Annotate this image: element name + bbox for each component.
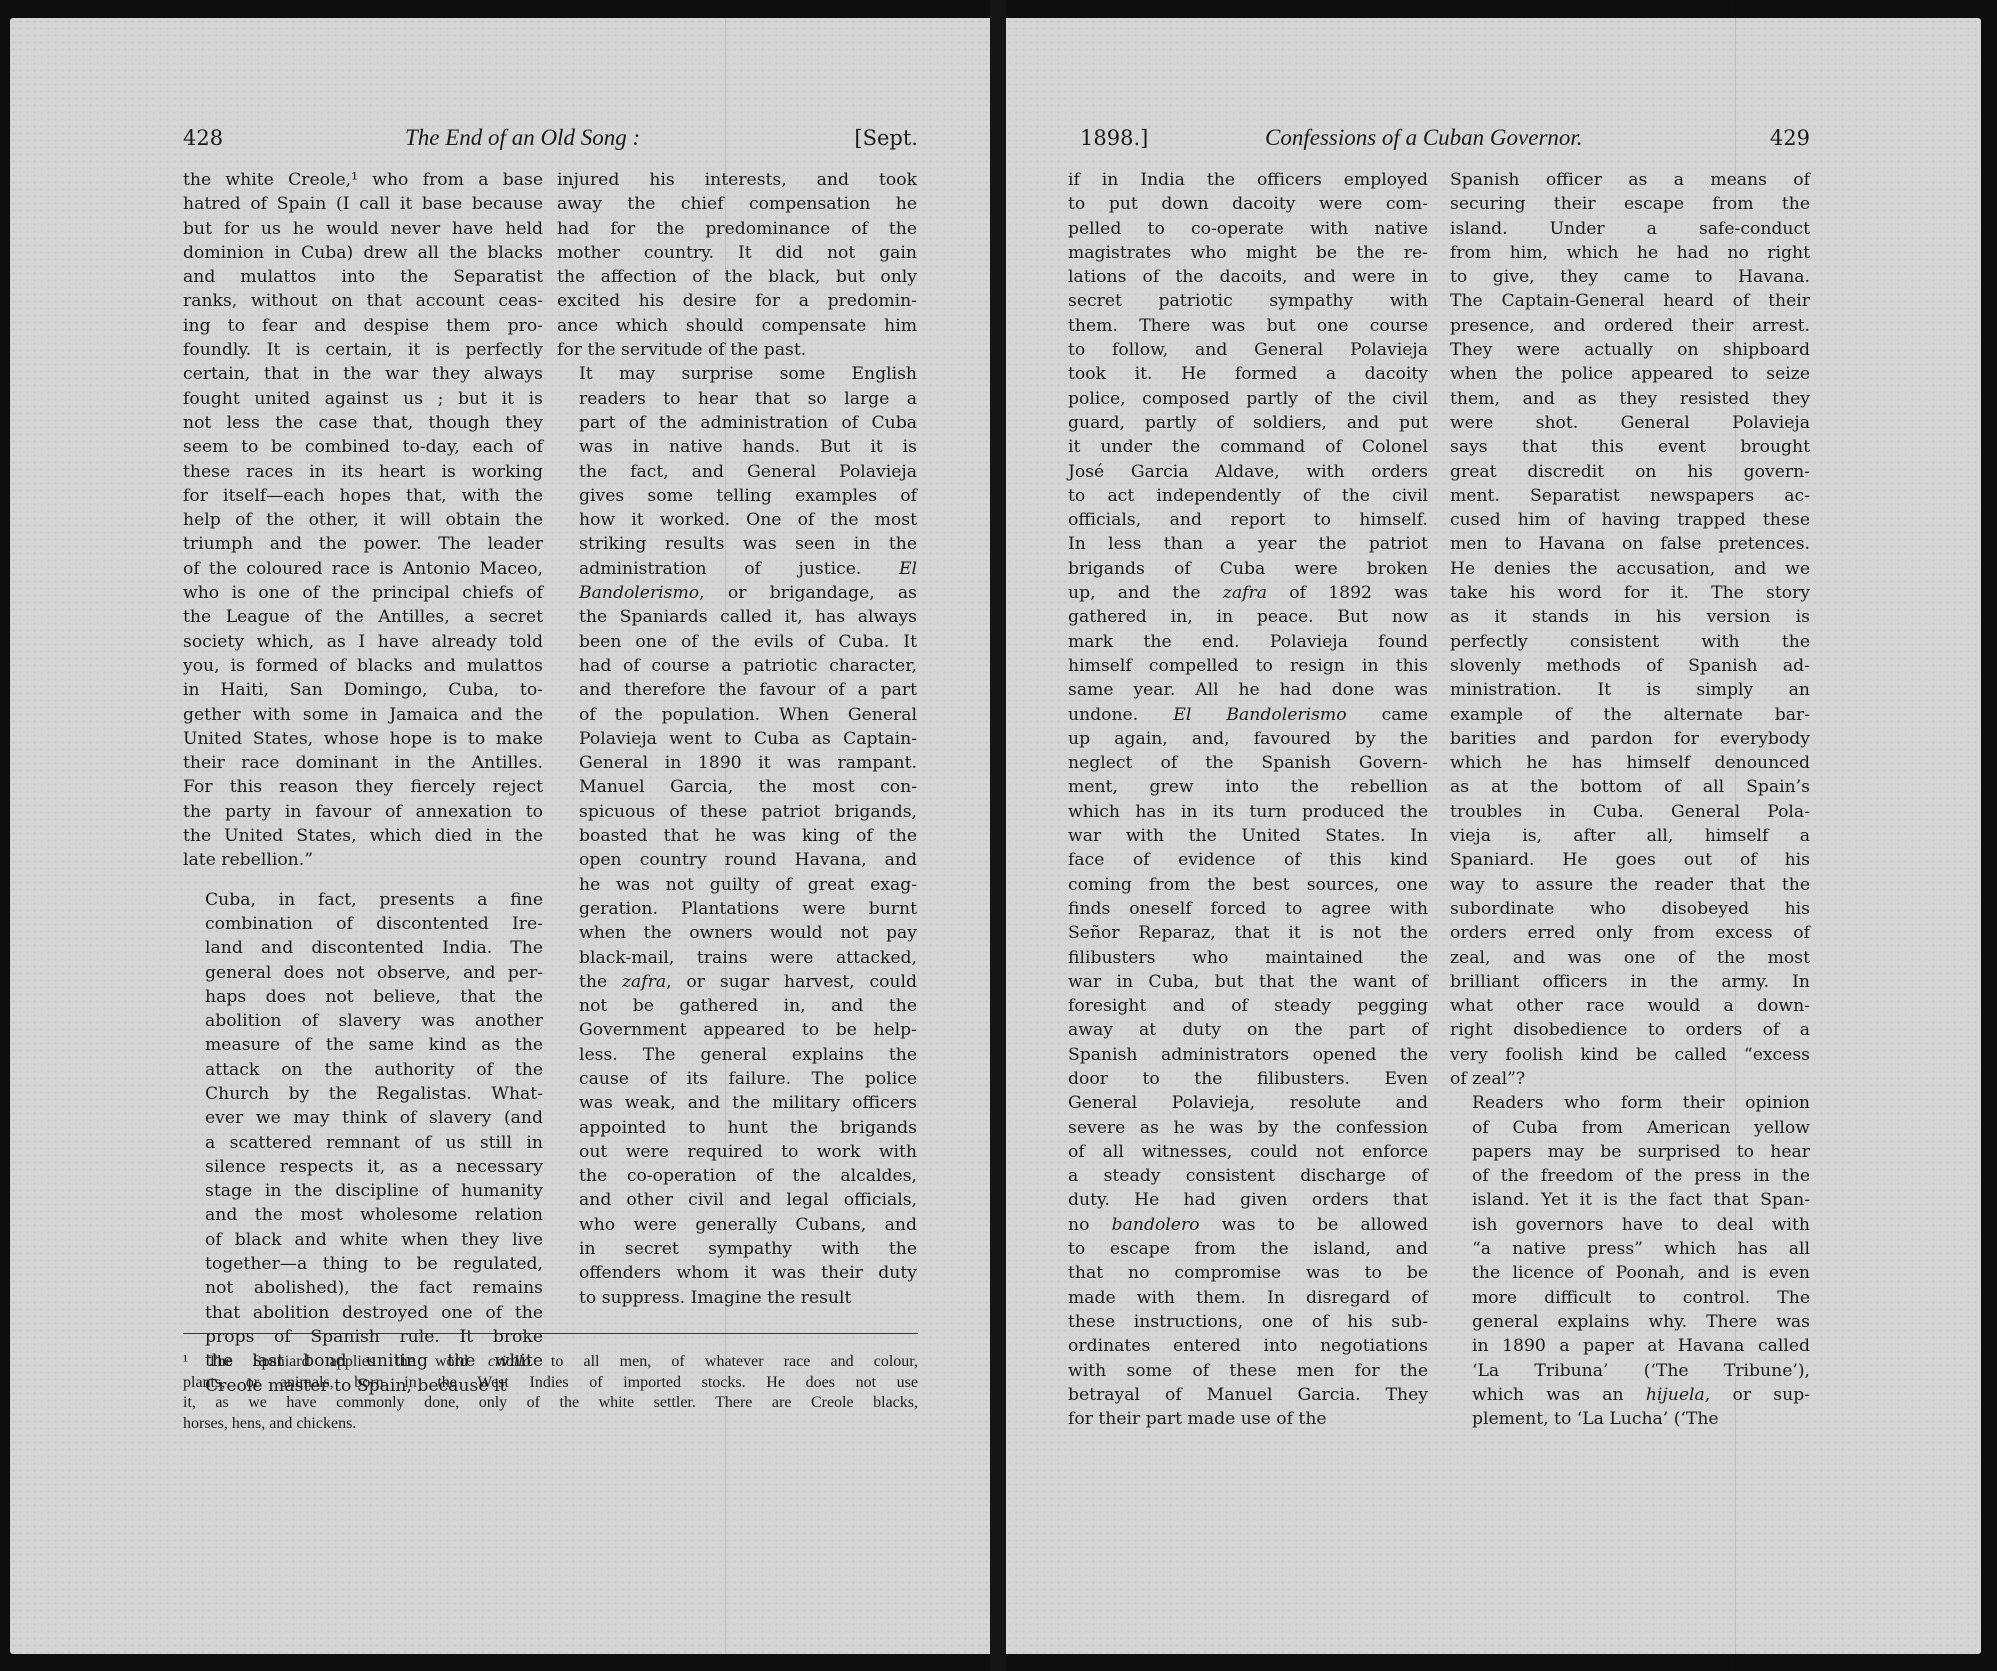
text-line: plement, to ‘La Lucha’ (‘The [1450,1407,1810,1431]
text-line: of zeal”? [1450,1067,1810,1091]
text-line: a steady consistent discharge of [1068,1164,1428,1188]
paragraph: injured his interests, and tookaway the … [557,168,917,362]
text-line: “a native press” which has all [1450,1237,1810,1261]
text-line: of the freedom of the press in the [1450,1164,1810,1188]
text-line: ever we may think of slavery (and [183,1106,543,1130]
running-title-left: The End of an Old Song : [405,123,640,153]
text-line: certain, that in the war they always [183,362,543,386]
text-line: how it worked. One of the most [557,508,917,532]
text-line: gether with some in Jamaica and the [183,703,543,727]
text-line: They were actually on shipboard [1450,338,1810,362]
text-line: mother country. It did not gain [557,241,917,265]
text-line: their race dominant in the Antilles. [183,751,543,775]
text-line: hatred of Spain (I call it base because [183,192,543,216]
text-line: when the owners would not pay [557,921,917,945]
text-line: ing to fear and despise them pro- [183,314,543,338]
footnote: ¹ The Spaniard applies the word criollo … [183,1352,918,1434]
text-line: Cuba, in fact, presents a fine [183,888,543,912]
text-line: them, and as they resisted they [1450,387,1810,411]
text-line: late rebellion.” [183,848,543,872]
book-gutter [990,0,1006,1671]
text-line: dominion in Cuba) drew all the blacks [183,241,543,265]
text-line: a scattered remnant of us still in [183,1131,543,1155]
text-line: triumph and the power. The leader [183,532,543,556]
text-line: General in 1890 it was rampant. [557,751,917,775]
text-line: to act independently of the civil [1068,484,1428,508]
text-line: if in India the officers employed [1068,168,1428,192]
text-line: fought united against us ; but it is [183,387,543,411]
text-line: land and discontented India. The [183,936,543,960]
text-line: lations of the dacoits, and were in [1068,265,1428,289]
column-1: the white Creole,¹ who from a basehatred… [183,168,543,1398]
text-line: out were required to work with [557,1140,917,1164]
text-line: black-mail, trains were attacked, [557,946,917,970]
text-line: with some of these men for the [1068,1359,1428,1383]
text-line: away the chief compensation he [557,192,917,216]
text-line: officials, and report to himself. [1068,508,1428,532]
text-line: in Haiti, San Domingo, Cuba, to- [183,678,543,702]
text-line: ish governors have to deal with [1450,1213,1810,1237]
column-4: Spanish officer as a means ofsecuring th… [1450,168,1810,1431]
text-line: as it stands in his version is [1450,605,1810,629]
text-line: was in native hands. But it is [557,435,917,459]
text-line: had of course a patriotic character, [557,654,917,678]
running-title-right: Confessions of a Cuban Governor. [1265,123,1583,153]
text-line: these instructions, one of his sub- [1068,1310,1428,1334]
paragraph: Cuba, in fact, presents a finecombinatio… [183,888,543,1398]
text-line: took it. He formed a dacoity [1068,362,1428,386]
text-line: Government appeared to be help- [557,1018,917,1042]
text-line: himself compelled to resign in this [1068,654,1428,678]
text-line: Manuel Garcia, the most con- [557,775,917,799]
running-date-right: 1898.] [1080,123,1148,153]
text-line: to give, they came to Havana. [1450,265,1810,289]
text-line: For this reason they fiercely reject [183,775,543,799]
text-line: to suppress. Imagine the result [557,1286,917,1310]
text-line: ance which should compensate him [557,314,917,338]
text-line: presence, and ordered their arrest. [1450,314,1810,338]
text-line: vieja is, after all, himself a [1450,824,1810,848]
text-line: together—a thing to be regulated, [183,1252,543,1276]
text-line: perfectly consistent with the [1450,630,1810,654]
text-line: for itself—each hopes that, with the [183,484,543,508]
text-line: ment, grew into the rebellion [1068,775,1428,799]
text-line: geration. Plantations were burnt [557,897,917,921]
text-line: the co-operation of the alcaldes, [557,1164,917,1188]
text-line: of all witnesses, could not enforce [1068,1140,1428,1164]
text-line: combination of discontented Ire- [183,912,543,936]
text-line: example of the alternate bar- [1450,703,1810,727]
text-line: who is one of the principal chiefs of [183,581,543,605]
text-line: not be gathered in, and the [557,994,917,1018]
text-line: the white Creole,¹ who from a base [183,168,543,192]
paragraph: if in India the officers employedto put … [1068,168,1428,1431]
text-line: were shot. General Polavieja [1450,411,1810,435]
paragraph: Readers who form their opinionof Cuba fr… [1450,1091,1810,1431]
text-line: papers may be surprised to hear [1450,1140,1810,1164]
text-line: of the population. When General [557,703,917,727]
text-line: duty. He had given orders that [1068,1188,1428,1212]
text-line: ¹ The Spaniard applies the word criollo … [183,1352,918,1373]
right-running-head: 1898.] Confessions of a Cuban Governor. … [1080,123,1810,153]
text-line: right disobedience to orders of a [1450,1018,1810,1042]
text-line: but for us he would never have held [183,217,543,241]
text-line: what other race would a down- [1450,994,1810,1018]
page-number-right: 429 [1770,123,1810,153]
text-line: abolition of slavery was another [183,1009,543,1033]
paragraph: It may surprise some Englishreaders to h… [557,362,917,1310]
text-line: zeal, and was one of the most [1450,946,1810,970]
text-line: severe as he was by the confession [1068,1116,1428,1140]
text-line: Spanish administrators opened the [1068,1043,1428,1067]
text-line: offenders whom it was their duty [557,1261,917,1285]
text-line: to put down dacoity were com- [1068,192,1428,216]
text-line: had for the predominance of the [557,217,917,241]
text-line: who were generally Cubans, and [557,1213,917,1237]
column-3: if in India the officers employedto put … [1068,168,1428,1431]
text-line: it, as we have commonly done, only of th… [183,1393,918,1414]
left-running-head: 428 The End of an Old Song : [Sept. [183,123,918,153]
text-line: injured his interests, and took [557,168,917,192]
text-line: of Cuba from American yellow [1450,1116,1810,1140]
text-line: foundly. It is certain, it is perfectly [183,338,543,362]
text-line: ordinates entered into negotiations [1068,1334,1428,1358]
text-line: and mulattos into the Separatist [183,265,543,289]
text-line: been one of the evils of Cuba. It [557,630,917,654]
text-line: you, is formed of blacks and mulattos [183,654,543,678]
text-line: ranks, without on that account ceas- [183,289,543,313]
text-line: face of evidence of this kind [1068,848,1428,872]
text-line: of the coloured race is Antonio Maceo, [183,557,543,581]
text-line: from him, which he had no right [1450,241,1810,265]
text-line: says that this event brought [1450,435,1810,459]
text-line: them. There was but one course [1068,314,1428,338]
text-line: filibusters who maintained the [1068,946,1428,970]
text-line: to follow, and General Polavieja [1068,338,1428,362]
text-line: for their part made use of the [1068,1407,1428,1431]
text-line: the zafra, or sugar harvest, could [557,970,917,994]
text-line: and other civil and legal officials, [557,1188,917,1212]
text-line: spicuous of these patriot brigands, [557,800,917,824]
text-line: silence respects it, as a necessary [183,1155,543,1179]
text-line: measure of the same kind as the [183,1033,543,1057]
text-line: securing their escape from the [1450,192,1810,216]
text-line: excited his desire for a predomin- [557,289,917,313]
text-line: of black and white when they live [183,1228,543,1252]
text-line: neglect of the Spanish Govern- [1068,751,1428,775]
text-line: up, and the zafra of 1892 was [1068,581,1428,605]
text-line: striking results was seen in the [557,532,917,556]
text-line: Spanish officer as a means of [1450,168,1810,192]
text-line: up again, and, favoured by the [1068,727,1428,751]
text-line: seem to be combined to-day, each of [183,435,543,459]
text-line: island. Under a safe-conduct [1450,217,1810,241]
text-line: made with them. In disregard of [1068,1286,1428,1310]
text-line: general explains why. There was [1450,1310,1810,1334]
text-line: attack on the authority of the [183,1058,543,1082]
text-line: he was not guilty of great exag- [557,873,917,897]
text-line: men to Havana on false pretences. [1450,532,1810,556]
text-line: pelled to co-operate with native [1068,217,1428,241]
text-line: take his word for it. The story [1450,581,1810,605]
text-line: when the police appeared to seize [1450,362,1810,386]
text-line: appointed to hunt the brigands [557,1116,917,1140]
column-2: injured his interests, and tookaway the … [557,168,917,1310]
text-line: more difficult to control. The [1450,1286,1810,1310]
text-line: which he has himself denounced [1450,751,1810,775]
text-line: foresight and of steady pegging [1068,994,1428,1018]
text-line: plants, or animals, born in the West Ind… [183,1373,918,1394]
text-line: for the servitude of the past. [557,338,917,362]
text-line: great discredit on his govern- [1450,460,1810,484]
text-line: readers to hear that so large a [557,387,917,411]
text-line: the United States, which died in the [183,824,543,848]
text-line: less. The general explains the [557,1043,917,1067]
text-line: and therefore the favour of a part [557,678,917,702]
text-line: subordinate who disobeyed his [1450,897,1810,921]
text-line: magistrates who might be the re- [1068,241,1428,265]
text-line: props of Spanish rule. It broke [183,1325,543,1349]
text-line: same year. All he had done was [1068,678,1428,702]
text-line: boasted that he was king of the [557,824,917,848]
text-line: cause of its failure. The police [557,1067,917,1091]
text-line: finds oneself forced to agree with [1068,897,1428,921]
text-line: in secret sympathy with the [557,1237,917,1261]
text-line: gathered in, in peace. But now [1068,605,1428,629]
text-line: which was an hijuela, or sup- [1450,1383,1810,1407]
text-line: the licence of Poonah, and is even [1450,1261,1810,1285]
text-line: secret patriotic sympathy with [1068,289,1428,313]
text-line: help of the other, it will obtain the [183,508,543,532]
text-line: door to the filibusters. Even [1068,1067,1428,1091]
text-line: police, composed partly of the civil [1068,387,1428,411]
text-line: very foolish kind be called “excess [1450,1043,1810,1067]
text-line: brigands of Cuba were broken [1068,557,1428,581]
text-line: these races in its heart is working [183,460,543,484]
text-line: general does not observe, and per- [183,961,543,985]
text-line: the League of the Antilles, a secret [183,605,543,629]
text-line: the fact, and General Polavieja [557,460,917,484]
text-line: ‘La Tribuna’ (‘The Tribune’), [1450,1359,1810,1383]
text-line: General Polavieja, resolute and [1068,1091,1428,1115]
text-line: war with the United States. In [1068,824,1428,848]
text-line: and the most wholesome relation [183,1203,543,1227]
text-line: it under the command of Colonel [1068,435,1428,459]
text-line: betrayal of Manuel Garcia. They [1068,1383,1428,1407]
text-line: war in Cuba, but that the want of [1068,970,1428,994]
text-line: Church by the Regalistas. What- [183,1082,543,1106]
text-line: guard, partly of soldiers, and put [1068,411,1428,435]
text-line: ment. Separatist newspapers ac- [1450,484,1810,508]
text-line: Señor Reparaz, that it is not the [1068,921,1428,945]
text-line: gives some telling examples of [557,484,917,508]
running-date-left: [Sept. [854,123,918,153]
text-line: not abolished), the fact remains [183,1276,543,1300]
page-number-left: 428 [183,123,223,153]
text-line: horses, hens, and chickens. [183,1414,918,1435]
text-line: open country round Havana, and [557,848,917,872]
text-line: island. Yet it is the fact that Span- [1450,1188,1810,1212]
text-line: Spaniard. He goes out of his [1450,848,1810,872]
text-line: ministration. It is simply an [1450,678,1810,702]
text-line: In less than a year the patriot [1068,532,1428,556]
text-line: stage in the discipline of humanity [183,1179,543,1203]
text-line: barities and pardon for everybody [1450,727,1810,751]
text-line: brilliant officers in the army. In [1450,970,1810,994]
text-line: It may surprise some English [557,362,917,386]
text-line: which has in its turn produced the [1068,800,1428,824]
text-line: He denies the accusation, and we [1450,557,1810,581]
footnote-rule [183,1333,918,1334]
text-line: not less the case that, though they [183,411,543,435]
text-line: that abolition destroyed one of the [183,1301,543,1325]
text-line: way to assure the reader that the [1450,873,1810,897]
text-line: troubles in Cuba. General Pola- [1450,800,1810,824]
text-line: mark the end. Polavieja found [1068,630,1428,654]
text-line: slovenly methods of Spanish ad- [1450,654,1810,678]
text-line: no bandolero was to be allowed [1068,1213,1428,1237]
text-line: away at duty on the part of [1068,1018,1428,1042]
text-line: cused him of having trapped these [1450,508,1810,532]
text-line: the Spaniards called it, has always [557,605,917,629]
text-line: Readers who form their opinion [1450,1091,1810,1115]
text-line: that no compromise was to be [1068,1261,1428,1285]
text-line: administration of justice. El [557,557,917,581]
text-line: part of the administration of Cuba [557,411,917,435]
text-line: Polavieja went to Cuba as Captain- [557,727,917,751]
text-line: as at the bottom of all Spain’s [1450,775,1810,799]
text-line: Bandolerismo, or brigandage, as [557,581,917,605]
text-line: United States, whose hope is to make [183,727,543,751]
text-line: undone. El Bandolerismo came [1068,703,1428,727]
text-line: was weak, and the military officers [557,1091,917,1115]
paragraph: Spanish officer as a means ofsecuring th… [1450,168,1810,1091]
paragraph: the white Creole,¹ who from a basehatred… [183,168,543,873]
text-line: The Captain-General heard of their [1450,289,1810,313]
text-line: the party in favour of annexation to [183,800,543,824]
text-line: orders erred only from excess of [1450,921,1810,945]
text-line: José Garcia Aldave, with orders [1068,460,1428,484]
text-line: to escape from the island, and [1068,1237,1428,1261]
text-line: society which, as I have already told [183,630,543,654]
text-line: coming from the best sources, one [1068,873,1428,897]
text-line: the affection of the black, but only [557,265,917,289]
text-line: in 1890 a paper at Havana called [1450,1334,1810,1358]
text-line: haps does not believe, that the [183,985,543,1009]
